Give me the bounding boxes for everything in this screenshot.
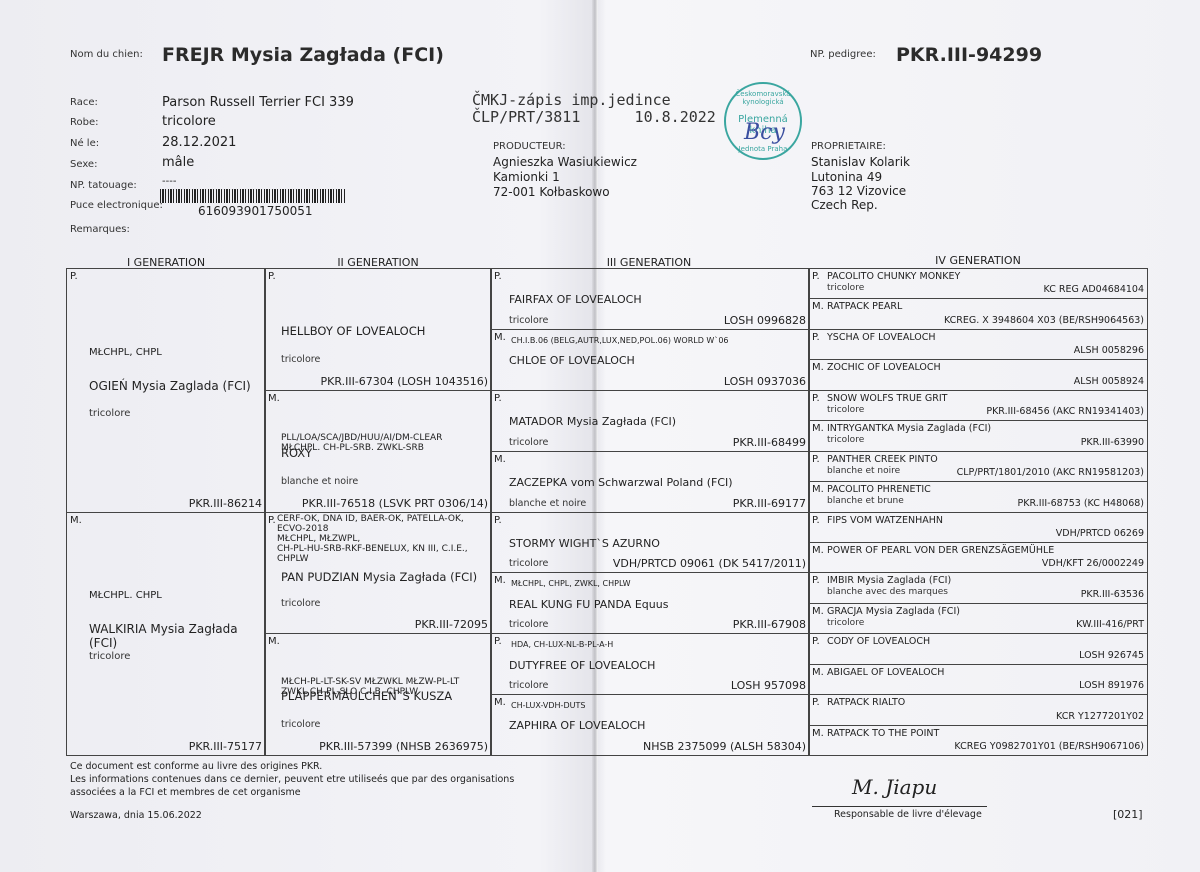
chip-value: 616093901750051 bbox=[198, 204, 313, 218]
ancestor-titles: CH-LUX-VDH-DUTS bbox=[511, 701, 585, 711]
parent-role: M. bbox=[812, 545, 824, 556]
ancestor-registration: PKR.III-68499 bbox=[733, 436, 806, 449]
ancestor-name: RATPACK PEARL bbox=[827, 301, 902, 312]
pedigree-document: Nom du chien: FREJR Mysia Zagłada (FCI) … bbox=[0, 0, 1200, 872]
ancestor-name: STORMY WIGHT`S AZURNO bbox=[509, 537, 660, 550]
ancestor-color: tricolore bbox=[827, 435, 864, 445]
kennel-club-seal: Českomoravská kynologická Plemenná kniha… bbox=[724, 82, 802, 160]
ancestor-cell: P.HDA, CH-LUX-NL-B-PL-A-HDUTYFREE OF LOV… bbox=[490, 633, 810, 695]
parent-role: P. bbox=[70, 271, 78, 282]
ancestor-color: tricolore bbox=[509, 437, 548, 448]
ancestor-registration: VDH/KFT 26/0002249 bbox=[1042, 558, 1144, 569]
ancestor-color: tricolore bbox=[509, 619, 548, 630]
ancestor-registration: LOSH 957098 bbox=[731, 679, 806, 692]
ancestor-color: tricolore bbox=[827, 405, 864, 415]
parent-role: M. bbox=[812, 423, 824, 434]
ancestor-titles: MŁCHPL, CHPL, ZWKL, CHPLW bbox=[511, 579, 631, 589]
ancestor-name: IMBIR Mysia Zaglada (FCI) bbox=[827, 575, 951, 586]
ancestor-name: PACOLITO CHUNKY MONKEY bbox=[827, 271, 960, 282]
ancestor-name: FIPS VOM WATZENHAHN bbox=[827, 515, 943, 526]
ancestor-name: OGIEŃ Mysia Zaglada (FCI) bbox=[89, 379, 251, 393]
ancestor-cell: P.MŁCHPL, CHPLOGIEŃ Mysia Zaglada (FCI)t… bbox=[66, 268, 266, 513]
ancestor-name: SNOW WOLFS TRUE GRIT bbox=[827, 393, 948, 404]
ancestor-cell: M.GRACJA Mysia Zaglada (FCI)tricoloreKW.… bbox=[808, 603, 1148, 634]
parent-role: P. bbox=[812, 454, 820, 465]
ancestor-cell: M.MŁCH-PL-LT-SK-SV MŁZWKL MŁZW-PL-LT ZWK… bbox=[264, 633, 492, 756]
parent-role: M. bbox=[494, 454, 506, 465]
parent-role: P. bbox=[494, 515, 502, 526]
race-value: Parson Russell Terrier FCI 339 bbox=[162, 95, 354, 110]
ancestor-registration: VDH/PRTCD 09061 (DK 5417/2011) bbox=[613, 557, 806, 570]
microchip-barcode bbox=[160, 189, 345, 203]
sex-value: mâle bbox=[162, 155, 194, 170]
ancestor-registration: KCREG. X 3948604 X03 (BE/RSH9064563) bbox=[944, 315, 1144, 326]
parent-role: M. bbox=[812, 728, 824, 739]
robe-label: Robe: bbox=[70, 117, 99, 128]
ancestor-name: PANTHER CREEK PINTO bbox=[827, 454, 938, 465]
owner-name: Stanislav Kolarik bbox=[811, 155, 910, 170]
ancestor-color: blanche et noire bbox=[281, 476, 358, 487]
ancestor-cell: M.MŁCHPL, CHPL, ZWKL, CHPLWREAL KUNG FU … bbox=[490, 572, 810, 634]
ancestor-cell: P.CERF-OK, DNA ID, BAER-OK, PATELLA-OK, … bbox=[264, 512, 492, 635]
ancestor-registration: LOSH 0937036 bbox=[724, 375, 806, 388]
ancestor-color: tricolore bbox=[509, 315, 548, 326]
ancestor-cell: P.IMBIR Mysia Zaglada (FCI)blanche avec … bbox=[808, 572, 1148, 603]
ancestor-color: tricolore bbox=[281, 354, 320, 365]
page-code: [021] bbox=[1113, 808, 1143, 822]
seal-bottom-text: Jednota Praha bbox=[726, 145, 800, 153]
ancestor-name: PAN PUDZIAN Mysia Zagłada (FCI) bbox=[281, 570, 477, 584]
ancestor-registration: KCR Y1277201Y02 bbox=[1056, 711, 1144, 722]
parent-role: P. bbox=[812, 515, 820, 526]
owner-street: Lutonina 49 bbox=[811, 170, 882, 185]
ancestor-registration: KCREG Y0982701Y01 (BE/RSH9067106) bbox=[954, 741, 1144, 752]
ancestor-cell: P.FIPS VOM WATZENHAHNVDH/PRTCD 06269 bbox=[808, 512, 1148, 543]
ancestor-registration: PKR.III-63536 bbox=[1081, 589, 1144, 600]
seal-ring-text: Českomoravská kynologická bbox=[726, 90, 800, 106]
ancestor-color: tricolore bbox=[281, 719, 320, 730]
ancestor-cell: M.ZACZEPKA vom Schwarzwal Poland (FCI)bl… bbox=[490, 451, 810, 513]
ancestor-name: RATPACK TO THE POINT bbox=[827, 728, 939, 739]
ancestor-name: MATADOR Mysia Zagłada (FCI) bbox=[509, 415, 676, 428]
ancestor-cell: P.CODY OF LOVEALOCHLOSH 926745 bbox=[808, 633, 1148, 664]
ancestor-registration: PKR.III-76518 (LSVK PRT 0306/14) bbox=[302, 497, 488, 510]
ancestor-titles: HDA, CH-LUX-NL-B-PL-A-H bbox=[511, 640, 613, 650]
parent-role: P. bbox=[812, 393, 820, 404]
place-date: Warszawa, dnia 15.06.2022 bbox=[70, 809, 202, 823]
tattoo-value: ---- bbox=[162, 176, 176, 187]
born-value: 28.12.2021 bbox=[162, 135, 236, 150]
ancestor-registration: PKR.III-69177 bbox=[733, 497, 806, 510]
parent-role: P. bbox=[812, 271, 820, 282]
ancestor-color: blanche et brune bbox=[827, 496, 904, 506]
parent-role: M. bbox=[812, 484, 824, 495]
ancestor-color: tricolore bbox=[509, 680, 548, 691]
ancestor-name: ZAPHIRA OF LOVEALOCH bbox=[509, 719, 645, 732]
ancestor-name: CHLOE OF LOVEALOCH bbox=[509, 354, 635, 367]
parent-role: P. bbox=[494, 393, 502, 404]
parent-role: P. bbox=[494, 271, 502, 282]
ancestor-color: blanche et noire bbox=[827, 466, 900, 476]
sex-label: Sexe: bbox=[70, 159, 97, 170]
ancestor-cell: M.CH-LUX-VDH-DUTSZAPHIRA OF LOVEALOCHNHS… bbox=[490, 694, 810, 756]
ancestor-cell: P.YSCHA OF LOVEALOCHALSH 0058296 bbox=[808, 329, 1148, 360]
ancestor-name: WALKIRIA Mysia Zagłada (FCI) bbox=[89, 622, 265, 650]
registration-line-1: ČMKJ-zápis imp.jedince bbox=[472, 92, 671, 109]
ancestor-registration: PKR.III-75177 bbox=[189, 740, 262, 753]
registrar-signature: M. Jiapu bbox=[852, 775, 937, 799]
ancestor-cell: M.ZOCHIC OF LOVEALOCHALSH 0058924 bbox=[808, 359, 1148, 390]
ancestor-name: REAL KUNG FU PANDA Equus bbox=[509, 598, 668, 611]
ancestor-registration: PKR.III-67304 (LOSH 1043516) bbox=[320, 375, 488, 388]
ancestor-registration: KW.III-416/PRT bbox=[1076, 619, 1144, 630]
pedigree-number-label: NP. pedigree: bbox=[810, 49, 876, 60]
dog-name-label: Nom du chien: bbox=[70, 49, 143, 60]
ancestor-cell: P.HELLBOY OF LOVEALOCHtricolorePKR.III-6… bbox=[264, 268, 492, 391]
parent-role: P. bbox=[268, 515, 276, 526]
parent-role: M. bbox=[268, 636, 280, 647]
registration-line-2: ČLP/PRT/3811 10.8.2022 bbox=[472, 109, 716, 126]
footer-line-3: associées a la FCI et membres de cet org… bbox=[70, 786, 301, 800]
ancestor-registration: PKR.III-57399 (NHSB 2636975) bbox=[319, 740, 488, 753]
ancestor-name: INTRYGANTKA Mysia Zaglada (FCI) bbox=[827, 423, 991, 434]
parent-role: M. bbox=[812, 606, 824, 617]
owner-country: Czech Rep. bbox=[811, 198, 878, 213]
ancestor-cell: M.PACOLITO PHRENETICblanche et brunePKR.… bbox=[808, 481, 1148, 512]
parent-role: M. bbox=[812, 667, 824, 678]
ancestor-color: tricolore bbox=[827, 283, 864, 293]
ancestor-registration: ALSH 0058924 bbox=[1074, 376, 1144, 387]
parent-role: P. bbox=[268, 271, 276, 282]
parent-role: M. bbox=[494, 332, 506, 343]
ancestor-name: HELLBOY OF LOVEALOCH bbox=[281, 324, 425, 338]
footer-line-2: Les informations contenues dans ce derni… bbox=[70, 773, 514, 787]
ancestor-color: tricolore bbox=[281, 598, 320, 609]
ancestor-color: blanche et noire bbox=[509, 498, 586, 509]
footer-line-1: Ce document est conforme au livre des or… bbox=[70, 760, 322, 774]
ancestor-cell: M.ABIGAEL OF LOVEALOCHLOSH 891976 bbox=[808, 664, 1148, 695]
ancestor-registration: LOSH 926745 bbox=[1079, 650, 1144, 661]
ancestor-name: RATPACK RIALTO bbox=[827, 697, 905, 708]
producer-city: 72-001 Kołbaskowo bbox=[493, 185, 610, 200]
producer-label: PRODUCTEUR: bbox=[493, 141, 566, 152]
ancestor-cell: M.PLL/LOA/SCA/JBD/HUU/AI/DM-CLEAR MŁCHPL… bbox=[264, 390, 492, 513]
tattoo-label: NP. tatouage: bbox=[70, 180, 137, 191]
parent-role: M. bbox=[812, 301, 824, 312]
ancestor-cell: M.MŁCHPL. CHPLWALKIRIA Mysia Zagłada (FC… bbox=[66, 512, 266, 757]
ancestor-name: ZOCHIC OF LOVEALOCH bbox=[827, 362, 941, 373]
parent-role: P. bbox=[812, 575, 820, 586]
ancestor-registration: PKR.III-86214 bbox=[189, 497, 262, 510]
ancestor-registration: ALSH 0058296 bbox=[1074, 345, 1144, 356]
ancestor-name: CODY OF LOVEALOCH bbox=[827, 636, 930, 647]
ancestor-name: ABIGAEL OF LOVEALOCH bbox=[827, 667, 944, 678]
robe-value: tricolore bbox=[162, 114, 216, 129]
ancestor-cell: M.INTRYGANTKA Mysia Zaglada (FCI)tricolo… bbox=[808, 420, 1148, 451]
remarks-label: Remarques: bbox=[70, 224, 130, 235]
ancestor-registration: VDH/PRTCD 06269 bbox=[1056, 528, 1144, 539]
parent-role: P. bbox=[812, 636, 820, 647]
seal-signature: Bcy bbox=[744, 120, 785, 145]
ancestor-name: ZACZEPKA vom Schwarzwal Poland (FCI) bbox=[509, 476, 733, 489]
ancestor-registration: LOSH 891976 bbox=[1079, 680, 1144, 691]
parent-role: M. bbox=[812, 362, 824, 373]
ancestor-titles: MŁCHPL. CHPL bbox=[89, 590, 162, 601]
ancestor-name: POWER OF PEARL VON DER GRENZSÄGEMÜHLE bbox=[827, 545, 1054, 556]
parent-role: P. bbox=[812, 697, 820, 708]
chip-label: Puce electronique: bbox=[70, 200, 163, 211]
ancestor-registration: PKR.III-67908 bbox=[733, 618, 806, 631]
ancestor-color: tricolore bbox=[89, 408, 130, 419]
ancestor-color: tricolore bbox=[509, 558, 548, 569]
ancestor-cell: P.PACOLITO CHUNKY MONKEYtricoloreKC REG … bbox=[808, 268, 1148, 299]
parent-role: M. bbox=[494, 697, 506, 708]
ancestor-titles: CERF-OK, DNA ID, BAER-OK, PATELLA-OK, EC… bbox=[277, 514, 468, 564]
race-label: Race: bbox=[70, 97, 98, 108]
ancestor-color: blanche avec des marques bbox=[827, 587, 948, 597]
ancestor-registration: PKR.III-63990 bbox=[1081, 437, 1144, 448]
ancestor-cell: M.RATPACK TO THE POINTKCREG Y0982701Y01 … bbox=[808, 725, 1148, 756]
ancestor-cell: M.CH.I.B.06 (BELG,AUTR,LUX,NED,POL.06) W… bbox=[490, 329, 810, 391]
signature-line bbox=[812, 806, 987, 807]
gen-4-header: IV GENERATION bbox=[808, 254, 1148, 267]
ancestor-registration: PKR.III-68753 (KC H48068) bbox=[1018, 498, 1144, 509]
pedigree-number: PKR.III-94299 bbox=[896, 44, 1042, 66]
parent-role: M. bbox=[494, 575, 506, 586]
ancestor-cell: M.RATPACK PEARLKCREG. X 3948604 X03 (BE/… bbox=[808, 298, 1148, 329]
ancestor-color: tricolore bbox=[89, 651, 130, 662]
ancestor-registration: KC REG AD04684104 bbox=[1043, 284, 1144, 295]
ancestor-registration: PKR.III-68456 (AKC RN19341403) bbox=[986, 406, 1144, 417]
ancestor-registration: LOSH 0996828 bbox=[724, 314, 806, 327]
owner-label: PROPRIETAIRE: bbox=[811, 141, 886, 152]
ancestor-cell: P.MATADOR Mysia Zagłada (FCI)tricolorePK… bbox=[490, 390, 810, 452]
ancestor-cell: P.SNOW WOLFS TRUE GRITtricolorePKR.III-6… bbox=[808, 390, 1148, 421]
producer-street: Kamionki 1 bbox=[493, 170, 560, 185]
dog-name: FREJR Mysia Zagłada (FCI) bbox=[162, 44, 444, 66]
ancestor-titles: MŁCHPL, CHPL bbox=[89, 347, 162, 358]
ancestor-name: YSCHA OF LOVEALOCH bbox=[827, 332, 936, 343]
ancestor-cell: P.STORMY WIGHT`S AZURNOtricoloreVDH/PRTC… bbox=[490, 512, 810, 574]
ancestor-registration: NHSB 2375099 (ALSH 58304) bbox=[643, 740, 806, 753]
ancestor-cell: P.FAIRFAX OF LOVEALOCHtricoloreLOSH 0996… bbox=[490, 268, 810, 330]
ancestor-name: ROXY bbox=[281, 446, 312, 460]
ancestor-name: PACOLITO PHRENETIC bbox=[827, 484, 931, 495]
ancestor-cell: M.POWER OF PEARL VON DER GRENZSÄGEMÜHLEV… bbox=[808, 542, 1148, 573]
parent-role: M. bbox=[70, 515, 82, 526]
signature-label: Responsable de livre d'élevage bbox=[834, 808, 982, 822]
parent-role: M. bbox=[268, 393, 280, 404]
ancestor-cell: P.PANTHER CREEK PINTOblanche et noireCLP… bbox=[808, 451, 1148, 482]
ancestor-name: FAIRFAX OF LOVEALOCH bbox=[509, 293, 642, 306]
parent-role: P. bbox=[812, 332, 820, 343]
ancestor-titles: CH.I.B.06 (BELG,AUTR,LUX,NED,POL.06) WOR… bbox=[511, 336, 729, 346]
born-label: Né le: bbox=[70, 138, 99, 149]
parent-role: P. bbox=[494, 636, 502, 647]
producer-name: Agnieszka Wasiukiewicz bbox=[493, 155, 637, 170]
owner-city: 763 12 Vizovice bbox=[811, 184, 906, 199]
ancestor-registration: PKR.III-72095 bbox=[415, 618, 488, 631]
ancestor-name: PLAPPERMÄULCHEN`S KUSZA bbox=[281, 689, 452, 703]
ancestor-cell: P.RATPACK RIALTOKCR Y1277201Y02 bbox=[808, 694, 1148, 725]
ancestor-name: GRACJA Mysia Zaglada (FCI) bbox=[827, 606, 960, 617]
ancestor-name: DUTYFREE OF LOVEALOCH bbox=[509, 659, 655, 672]
ancestor-registration: CLP/PRT/1801/2010 (AKC RN19581203) bbox=[957, 467, 1144, 478]
ancestor-color: tricolore bbox=[827, 618, 864, 628]
